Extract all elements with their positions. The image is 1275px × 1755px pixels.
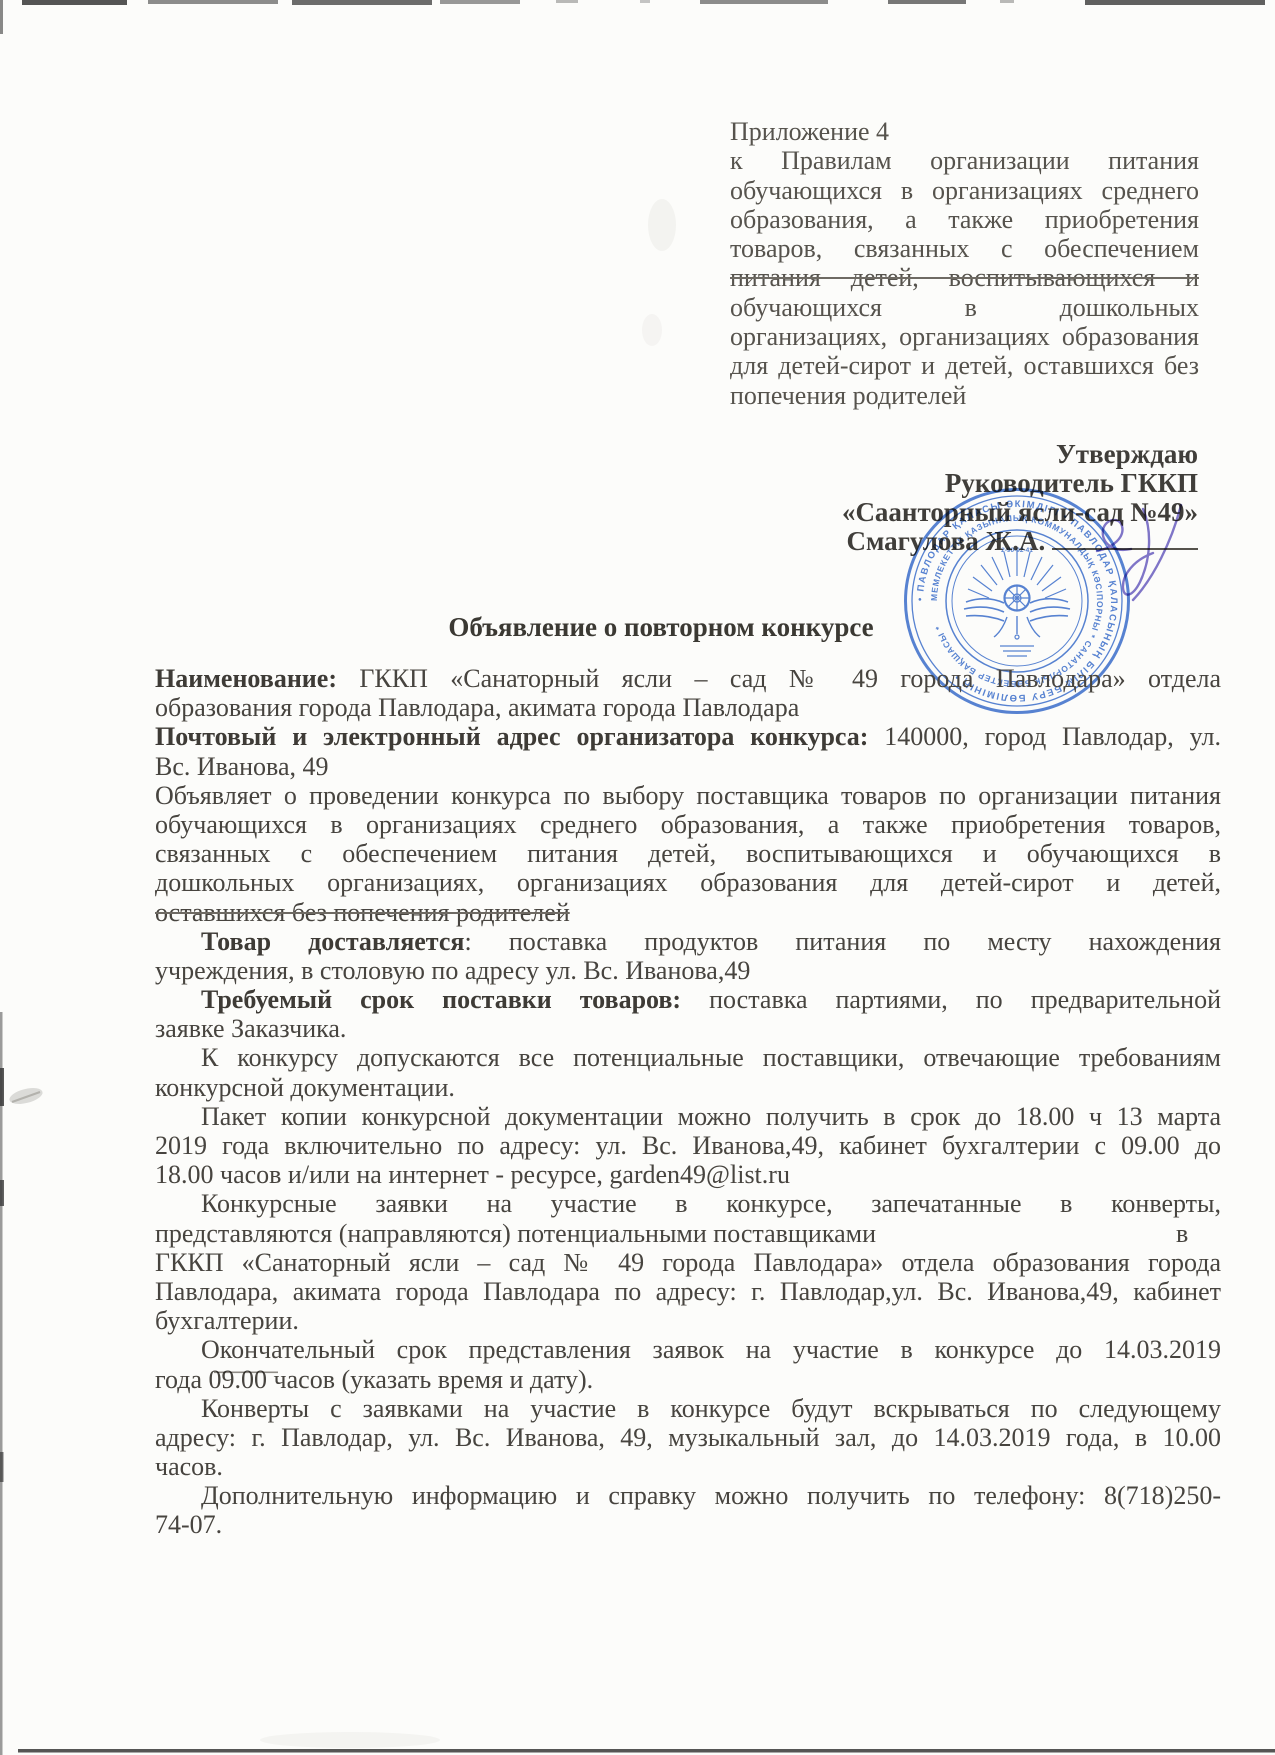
body-text: : поставка продуктов питания по месту на… <box>465 927 1221 956</box>
body-text: обучающихся в организациях среднего обра… <box>155 810 1221 839</box>
body-line: дошкольных организациях, организациях об… <box>155 868 1221 897</box>
body-line: ГККП «Санаторный ясли – сад № 49 города … <box>155 1248 1221 1277</box>
appendix-text: для детей-сирот и детей, оставшихся без <box>730 351 1199 380</box>
body-text: дошкольных организациях, организациях об… <box>155 868 1221 897</box>
body-text-struck: оставшихся без попечения родителей <box>155 898 570 927</box>
body-text: 74-07. <box>155 1510 222 1539</box>
body-text: Объявляет о проведении конкурса по выбор… <box>155 781 1221 810</box>
body-line: Почтовый и электронный адрес организатор… <box>155 722 1221 751</box>
appendix-text: к Правилам организации питания <box>730 146 1199 175</box>
body-line: Дополнительную информацию и справку можн… <box>155 1481 1221 1510</box>
body-line: бухгалтерии. <box>155 1306 1221 1335</box>
body-line: учреждения, в столовую по адресу ул. Вс.… <box>155 956 1221 985</box>
appendix-line: товаров, связанных с обеспечением <box>730 234 1199 263</box>
body-line: года 09.00 часов (указать время и дату). <box>155 1365 1221 1394</box>
page-title: Объявление о повторном конкурсе <box>155 612 1167 643</box>
body-text: заявке Заказчика. <box>155 1014 346 1043</box>
body-line: Вс. Иванова, 49 <box>155 752 1221 781</box>
body-line: 74-07. <box>155 1510 1221 1539</box>
field-label: Требуемый срок поставки товаров: <box>201 985 681 1014</box>
page-title-text: Объявление о повторном конкурсе <box>448 612 873 642</box>
body-line: Конверты с заявками на участие в конкурс… <box>155 1394 1221 1423</box>
body-text: ГККП «Санаторный ясли – сад № 49 города … <box>337 664 1221 693</box>
appendix-text: образования, а также приобретения <box>730 205 1199 234</box>
body-line: К конкурсу допускаются все потенциальные… <box>155 1043 1221 1072</box>
body-text: Павлодара, акимата города Павлодара по а… <box>155 1277 1221 1306</box>
appendix-line-struck: питания детей, воспитывающихся и <box>730 263 1199 292</box>
body-text: 140000, город Павлодар, ул. <box>868 722 1221 751</box>
body-text: представляются (направляются) потенциаль… <box>155 1219 876 1248</box>
field-label: Наименование: <box>155 664 337 693</box>
body-line: связанных с обеспечением питания детей, … <box>155 839 1221 868</box>
appendix-line: Приложение 4 <box>730 117 1199 146</box>
appendix-line: обучающихся в дошкольных <box>730 293 1199 322</box>
body-line: Пакет копии конкурсной документации можн… <box>155 1102 1221 1131</box>
body-line: Наименование: ГККП «Санаторный ясли – са… <box>155 664 1221 693</box>
appendix-text: товаров, связанных с обеспечением <box>730 234 1199 263</box>
approval-text: Утверждаю <box>1056 439 1198 469</box>
body-text: Конкурсные заявки на участие в конкурсе,… <box>201 1189 1221 1218</box>
scan-edge-top <box>22 0 1265 5</box>
body-text: образования города Павлодара, акимата го… <box>155 693 799 722</box>
body-text: Окончательный срок представления заявок … <box>201 1335 1221 1364</box>
body-line: обучающихся в организациях среднего обра… <box>155 810 1221 839</box>
body-line-struck: оставшихся без попечения родителей <box>155 898 1221 927</box>
appendix-reference-block: Приложение 4 к Правилам организации пита… <box>730 117 1199 410</box>
body-line: заявке Заказчика. <box>155 1014 1221 1043</box>
body-line: Товар доставляется: поставка продуктов п… <box>155 927 1221 956</box>
body-line: часов. <box>155 1452 1221 1481</box>
body-text: Пакет копии конкурсной документации можн… <box>201 1102 1221 1131</box>
body-line: Требуемый срок поставки товаров: поставк… <box>155 985 1221 1014</box>
appendix-line: попечения родителей <box>730 381 1199 410</box>
appendix-line: к Правилам организации питания <box>730 146 1199 175</box>
body-text: конкурсной документации. <box>155 1073 455 1102</box>
body-line: Объявляет о проведении конкурса по выбор… <box>155 781 1221 810</box>
body-line: адресу: г. Павлодар, ул. Вс. Иванова, 49… <box>155 1423 1221 1452</box>
body-text: К конкурсу допускаются все потенциальные… <box>201 1043 1221 1072</box>
body-text: адресу: г. Павлодар, ул. Вс. Иванова, 49… <box>155 1423 1221 1452</box>
body-line: образования города Павлодара, акимата го… <box>155 693 1221 722</box>
body-line: Павлодара, акимата города Павлодара по а… <box>155 1277 1221 1306</box>
body-text: учреждения, в столовую по адресу ул. Вс.… <box>155 956 750 985</box>
appendix-line: для детей-сирот и детей, оставшихся без <box>730 351 1199 380</box>
body-text: связанных с обеспечением питания детей, … <box>155 839 1221 868</box>
body-text: в <box>1176 1219 1188 1248</box>
field-label: Почтовый и электронный адрес организатор… <box>155 722 868 751</box>
body-text: Вс. Иванова, 49 <box>155 752 329 781</box>
appendix-text: попечения родителей <box>730 381 966 410</box>
body-text: ГККП «Санаторный ясли – сад № 49 города … <box>155 1248 1221 1277</box>
body-line: представляются (направляются) потенциаль… <box>155 1219 1221 1248</box>
appendix-line: организациях, организациях образования <box>730 322 1199 351</box>
body-line: 18.00 часов и/или на интернет - ресурсе,… <box>155 1160 1221 1189</box>
body-text: бухгалтерии. <box>155 1306 299 1335</box>
body-text: 2019 года включительно по адресу: ул. Вс… <box>155 1131 1221 1160</box>
scanned-document-page: Приложение 4 к Правилам организации пита… <box>0 0 1275 1755</box>
body-text: года 09.00 часов (указать время и дату). <box>155 1365 593 1394</box>
body-text: 18.00 часов и/или на интернет - ресурсе,… <box>155 1160 790 1189</box>
body-text: часов. <box>155 1452 223 1481</box>
approval-word: Утверждаю <box>730 440 1198 469</box>
body-line: Конкурсные заявки на участие в конкурсе,… <box>155 1189 1221 1218</box>
appendix-text: Приложение 4 <box>730 117 889 146</box>
appendix-text: обучающихся в дошкольных <box>730 293 1199 322</box>
document-body: Наименование: ГККП «Санаторный ясли – са… <box>155 664 1221 1540</box>
body-text: Конверты с заявками на участие в конкурс… <box>201 1394 1221 1423</box>
appendix-text: организациях, организациях образования <box>730 322 1199 351</box>
appendix-text-struck: питания детей, воспитывающихся и <box>730 263 1199 292</box>
scan-edge-bottom <box>18 1732 1275 1753</box>
body-line: 2019 года включительно по адресу: ул. Вс… <box>155 1131 1221 1160</box>
field-label: Товар доставляется <box>201 927 465 956</box>
appendix-text: обучающихся в организациях среднего <box>730 176 1199 205</box>
appendix-line: образования, а также приобретения <box>730 205 1199 234</box>
body-line: конкурсной документации. <box>155 1073 1221 1102</box>
scan-edge-left <box>0 0 4 1755</box>
body-line: Окончательный срок представления заявок … <box>155 1335 1221 1364</box>
emblem-shanyrak <box>1005 586 1030 611</box>
body-text: поставка партиями, по предварительной <box>681 985 1221 1014</box>
appendix-line: обучающихся в организациях среднего <box>730 176 1199 205</box>
body-text: Дополнительную информацию и справку можн… <box>201 1481 1221 1510</box>
